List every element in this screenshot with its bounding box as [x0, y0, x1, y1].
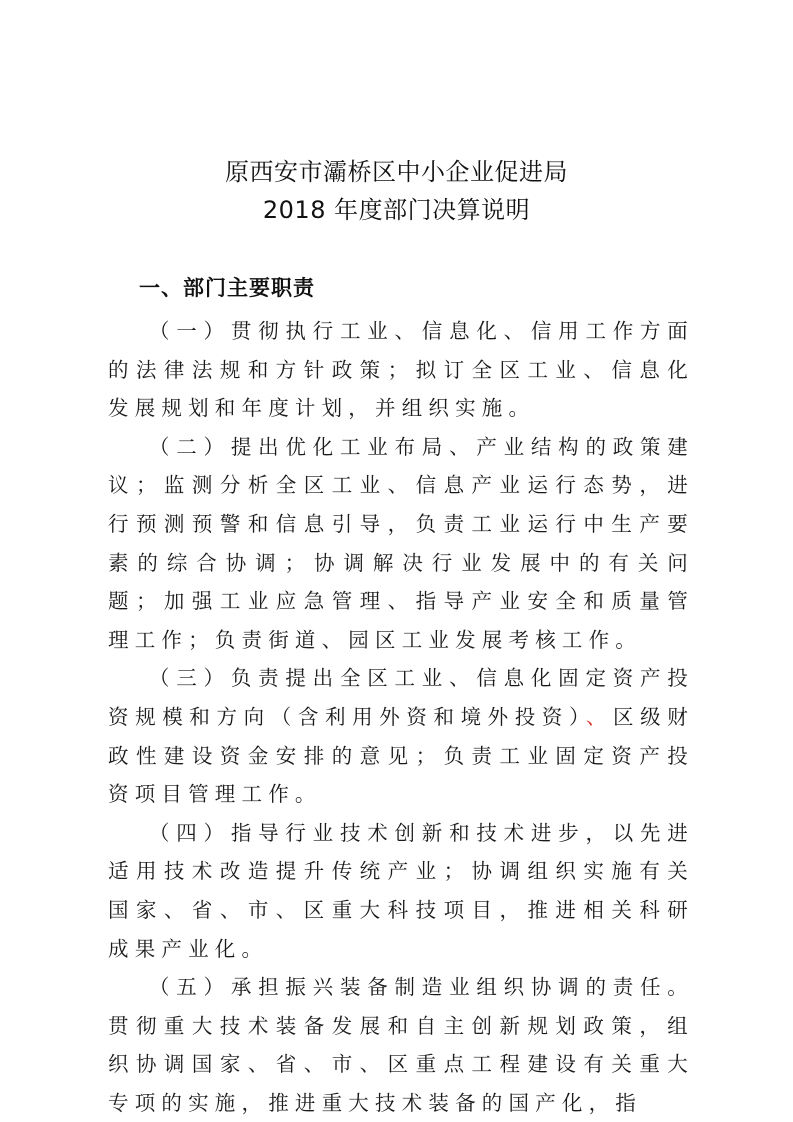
document-title-line1: 原西安市灞桥区中小企业促进局	[0, 157, 793, 187]
paragraph-duty-5: （五）承担振兴装备制造业组织协调的责任。贯彻重大技术装备发展和自主创新规划政策，…	[108, 968, 694, 1122]
section-body: （一）贯彻执行工业、信息化、信用工作方面的法律法规和方针政策；拟订全区工业、信息…	[108, 312, 694, 1122]
red-punctuation-mark: 、	[586, 705, 613, 729]
section-heading-department-duties: 一、部门主要职责	[139, 273, 315, 303]
document-page: 原西安市灞桥区中小企业促进局 2018 年度部门决算说明 一、部门主要职责 （一…	[0, 0, 793, 1122]
paragraph-duty-2: （二）提出优化工业布局、产业结构的政策建议；监测分析全区工业、信息产业运行态势，…	[108, 428, 694, 660]
paragraph-duty-4: （四）指导行业技术创新和技术进步，以先进适用技术改造提升传统产业；协调组织实施有…	[108, 814, 694, 968]
paragraph-duty-3: （三）负责提出全区工业、信息化固定资产投资规模和方向（含利用外资和境外投资）、区…	[108, 659, 694, 813]
paragraph-duty-1: （一）贯彻执行工业、信息化、信用工作方面的法律法规和方针政策；拟订全区工业、信息…	[108, 312, 694, 428]
document-title-line2: 2018 年度部门决算说明	[0, 195, 793, 225]
